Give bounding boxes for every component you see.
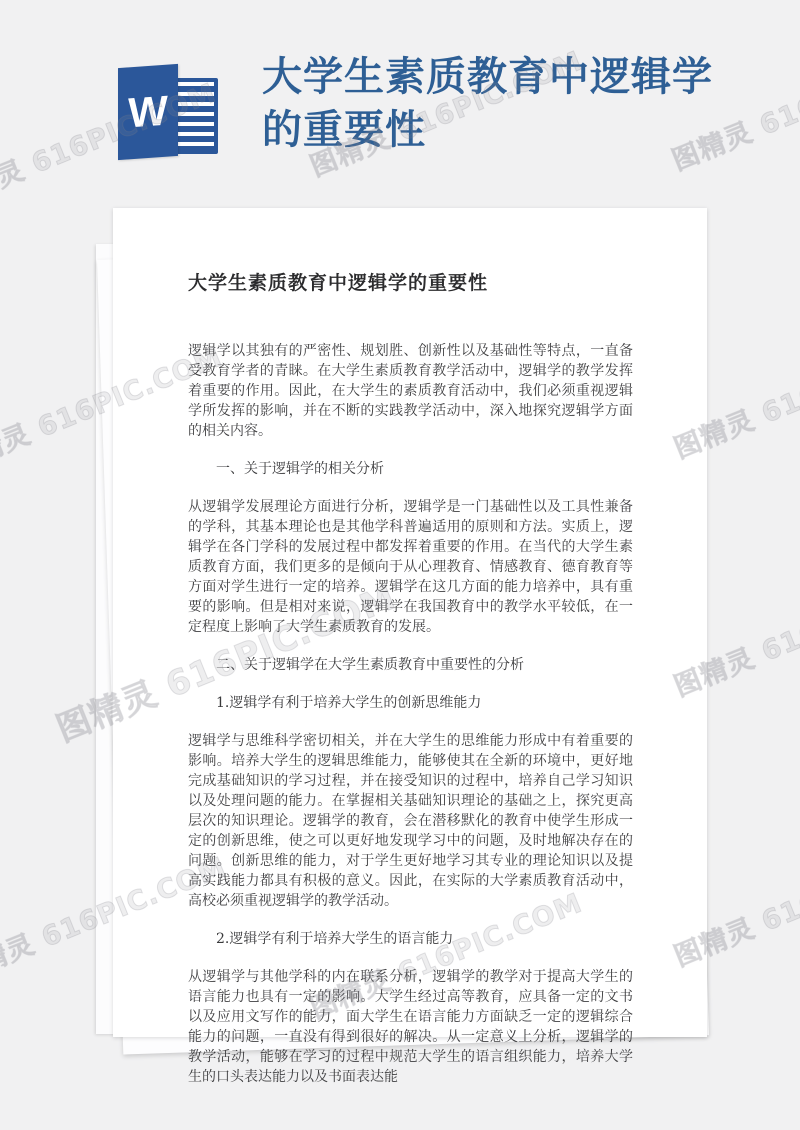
page-title: 大学生素质教育中逻辑学的重要性 [262, 50, 714, 156]
paragraph-innovation: 逻辑学与思维科学密切相关，并在大学生的思维能力形成中有着重要的影响。培养大学生的… [188, 731, 633, 911]
section-heading-2: 二、关于逻辑学在大学生素质教育中重要性的分析 [188, 655, 633, 675]
subsection-heading-1: 1.逻辑学有利于培养大学生的创新思维能力 [188, 693, 633, 713]
document-content: 大学生素质教育中逻辑学的重要性 逻辑学以其独有的严密性、规划胜、创新性以及基础性… [113, 208, 707, 1037]
paragraph-intro: 逻辑学以其独有的严密性、规划胜、创新性以及基础性等特点，一直备受教育学者的青睐。… [188, 341, 633, 441]
paragraph-language: 从逻辑学与其他学科的内在联系分析，逻辑学的教学对于提高大学生的语言能力也具有一定… [188, 967, 633, 1087]
document-title: 大学生素质教育中逻辑学的重要性 [188, 268, 633, 295]
word-icon-panel: W [118, 64, 178, 160]
document-preview-page: W 大学生素质教育中逻辑学的重要性 大学生素质教育中逻辑学的重要性 逻辑学以其独… [0, 0, 800, 1130]
subsection-heading-2: 2.逻辑学有利于培养大学生的语言能力 [188, 929, 633, 949]
paragraph-analysis: 从逻辑学发展理论方面进行分析，逻辑学是一门基础性以及工具性兼备的学科，其基本理论… [188, 497, 633, 637]
header: W 大学生素质教育中逻辑学的重要性 [0, 0, 800, 200]
word-icon-letter: W [128, 90, 168, 135]
word-document-icon: W [112, 60, 216, 164]
document-page: 大学生素质教育中逻辑学的重要性 逻辑学以其独有的严密性、规划胜、创新性以及基础性… [113, 208, 707, 1037]
section-heading-1: 一、关于逻辑学的相关分析 [188, 459, 633, 479]
